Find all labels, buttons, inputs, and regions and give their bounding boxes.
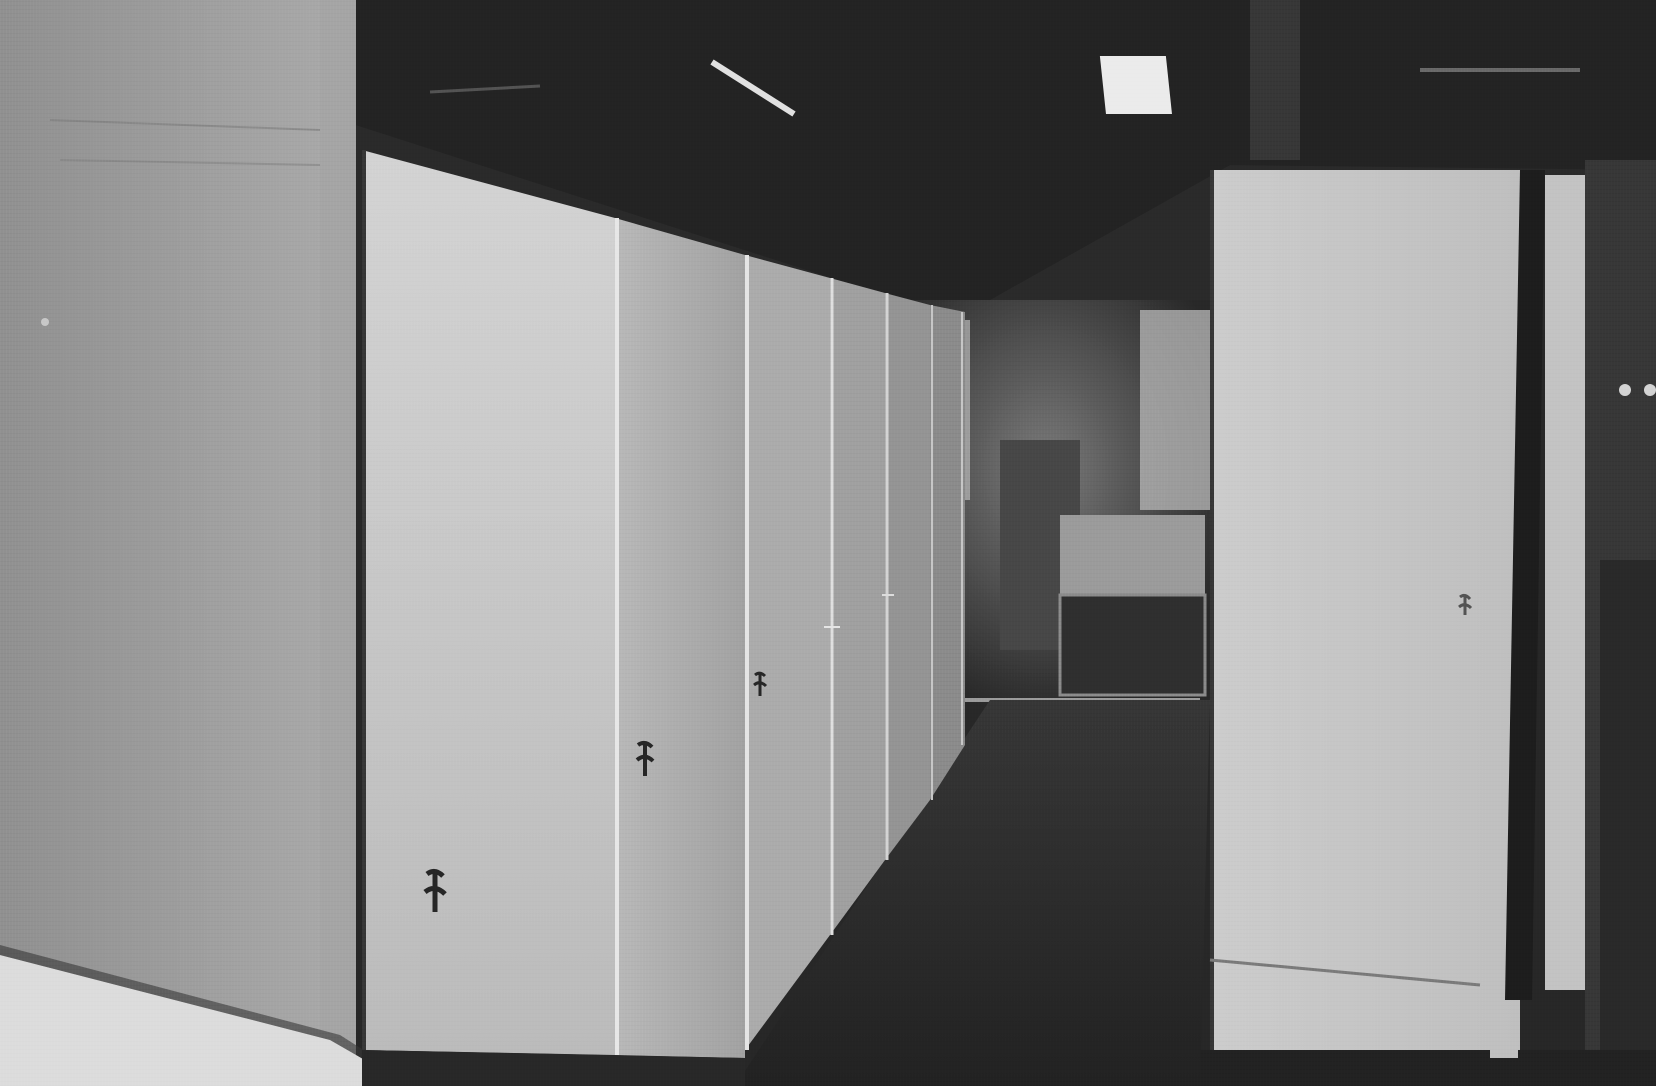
shelving-unit [930, 305, 965, 800]
shelving-unit [830, 278, 885, 935]
shelving-unit-right [1200, 160, 1656, 1086]
shelving-unit [362, 150, 615, 1055]
shelving-unit [615, 218, 745, 1058]
photo-scene: Grayscale photograph of a corridor lined… [0, 0, 1656, 1086]
shelving-unit [745, 255, 830, 1050]
shelving-unit [885, 293, 930, 860]
ceiling-light [1100, 56, 1172, 114]
corridor-illustration [0, 0, 1656, 1086]
